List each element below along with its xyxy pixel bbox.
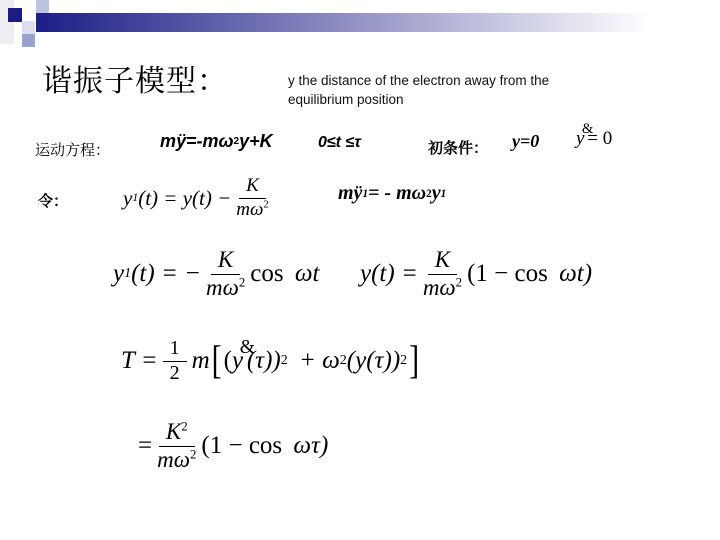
- eq3-mid: (t) = −: [131, 260, 201, 288]
- motion-equation: mÿ=-mω2y+K: [160, 131, 273, 152]
- subtitle-line1: y the distance of the electron away from…: [288, 71, 549, 90]
- deco-gradient-bar: [36, 13, 720, 32]
- result-den-sup: 2: [190, 447, 196, 461]
- motion-equation-label: 运动方程：: [35, 139, 110, 160]
- result-equals: =: [138, 432, 152, 460]
- subtitle-line2: equilibrium position: [288, 90, 549, 109]
- initial-condition-ydot: y & = 0: [576, 128, 612, 150]
- eq4-tail-a: (1 − cos: [467, 260, 548, 288]
- eq4-den-base: mω: [423, 275, 456, 300]
- solution-y-equation: y(t) = K mω2 (1 − cosωt): [360, 248, 592, 301]
- deco-strip: [0, 0, 14, 44]
- energy-den: 2: [170, 362, 180, 385]
- ydot-ampersand-artifact: &: [240, 337, 255, 359]
- init-y-text: y=0: [512, 131, 539, 152]
- energy-lhs: T =: [121, 347, 158, 375]
- time-range: 0≤t ≤τ: [318, 134, 361, 152]
- initial-condition-y: y=0: [512, 131, 539, 152]
- fraction-k-mw2: K mω2: [206, 248, 245, 301]
- result-num: K2: [159, 420, 195, 447]
- eq2-c: y: [432, 182, 441, 205]
- eq3-num: K: [211, 248, 240, 275]
- initial-condition-label: 初条件：: [428, 137, 488, 158]
- energy-equation: T = 1 2 m [ (y&(τ))2 + ω2 (y(τ))2 ]: [121, 338, 421, 384]
- eq1-den-sup: 2: [263, 199, 268, 210]
- substitution-equation: y1(t) = y(t) − K mω2: [123, 176, 274, 220]
- eq4-num: K: [428, 248, 457, 275]
- eq3-den-base: mω: [206, 275, 239, 300]
- result-den-base: mω: [157, 447, 190, 472]
- eq2-b: = - mω: [368, 182, 426, 205]
- result-tail-b: ωτ): [293, 432, 328, 460]
- page-title: 谐振子模型：: [42, 56, 228, 100]
- fraction-k-mw2: K mω2: [423, 248, 462, 301]
- eq1-num: K: [239, 176, 266, 199]
- deco-square-dark: [8, 8, 22, 22]
- result-den: mω2: [157, 447, 196, 473]
- let-label: 令：: [38, 190, 68, 211]
- energy-m: m: [192, 347, 210, 375]
- ydot-ampersand-artifact: &: [582, 121, 594, 138]
- eq4-tail-b: ωt): [559, 260, 592, 288]
- eq4-den-sup: 2: [456, 275, 462, 289]
- eq3-cos: cos: [250, 260, 283, 288]
- deco-square-medium: [22, 34, 35, 47]
- y-dot-glyph: y &: [576, 128, 587, 150]
- result-tail-a: (1 − cos: [201, 432, 282, 460]
- deco-square-lightblue: [36, 0, 49, 13]
- energy-term2: (y(τ)): [347, 347, 400, 375]
- subtitle-en: y the distance of the electron away from…: [288, 71, 549, 109]
- energy-num: 1: [163, 338, 187, 362]
- deco-square-verylight: [22, 21, 35, 34]
- eq3-den-sup: 2: [239, 275, 245, 289]
- fraction-k-mw2: K mω2: [236, 176, 268, 220]
- motion-eq-part-b: y+K: [239, 131, 273, 152]
- eq4-lhs: y(t) =: [360, 260, 418, 288]
- eq4-den: mω2: [423, 275, 462, 301]
- eq1-y: y: [123, 186, 132, 211]
- eq1-mid: (t) = y(t) −: [138, 186, 231, 211]
- result-num-base: K: [166, 419, 181, 444]
- fraction-k2-mw2: K2 mω2: [157, 420, 196, 473]
- result-num-sup: 2: [181, 419, 187, 433]
- eq3-var: ωt: [295, 260, 320, 288]
- right-bracket: ]: [409, 338, 419, 384]
- energy-plus: + ω: [299, 347, 340, 375]
- solution-y1-equation: y1(t) = − K mω2 cosωt: [113, 248, 319, 301]
- eq1-den-base: mω: [236, 199, 263, 220]
- energy-open-paren: (: [224, 347, 232, 375]
- time-range-text: 0≤t ≤τ: [318, 134, 361, 152]
- motion-eq-part-a: mÿ=-mω: [160, 131, 234, 152]
- left-bracket: [: [212, 338, 222, 384]
- eq1-den: mω2: [236, 199, 268, 221]
- eq3-y: y: [113, 260, 124, 288]
- y-dot-glyph: y&: [232, 347, 247, 375]
- transformed-equation: mÿ1= - mω2y1: [338, 182, 446, 205]
- eq2-a: mÿ: [338, 182, 362, 205]
- result-equation: = K2 mω2 (1 − cosωτ): [138, 420, 328, 473]
- eq3-den: mω2: [206, 275, 245, 301]
- fraction-one-half: 1 2: [163, 338, 187, 384]
- slide: 谐振子模型： y the distance of the electron aw…: [0, 0, 720, 540]
